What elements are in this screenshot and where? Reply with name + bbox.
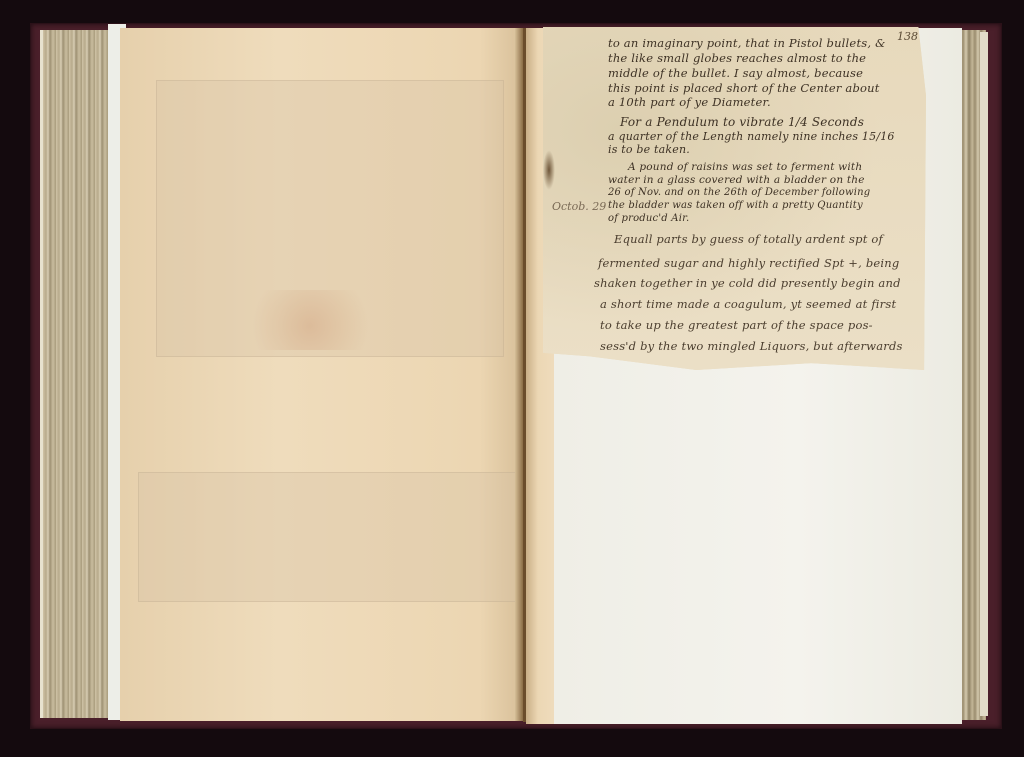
ms-line: A pound of raisins was set to ferment wi… (628, 162, 862, 173)
show-through-plate-lower (138, 472, 516, 602)
margin-date: Octob. 29 (552, 200, 606, 213)
ms-line: to an imaginary point, that in Pistol bu… (608, 38, 886, 50)
ms-line: 26 of Nov. and on the 26th of December f… (608, 188, 870, 198)
ms-line: this point is placed short of the Center… (608, 83, 880, 95)
spacer (600, 358, 930, 359)
foxing-stain (250, 290, 400, 350)
ms-line: fermented sugar and highly rectified Spt… (598, 258, 899, 270)
ms-line: a short time made a coagulum, yt seemed … (600, 299, 896, 311)
ms-line: shaken together in ye cold did presently… (594, 278, 901, 290)
ms-line: of produc'd Air. (608, 214, 689, 224)
right-page-block-edge-highlight (980, 32, 988, 716)
manuscript-text-continued (608, 341, 928, 401)
ms-line: the bladder was taken off with a pretty … (608, 201, 863, 211)
ms-line: middle of the bullet. I say almost, beca… (608, 68, 863, 80)
ms-line: a 10th part of ye Diameter. (608, 97, 771, 109)
ink-stain (543, 150, 555, 190)
ms-line: to take up the greatest part of the spac… (600, 320, 873, 332)
ms-line: is to be taken. (608, 144, 690, 155)
ms-line: Equall parts by guess of totally ardent … (614, 234, 883, 246)
ms-line: the like small globes reaches almost to … (608, 53, 866, 65)
ms-line: water in a glass covered with a bladder … (608, 175, 865, 186)
ms-line: a quarter of the Length namely nine inch… (608, 131, 895, 142)
gutter-shadow-left (515, 28, 523, 721)
left-page-block-edges (40, 30, 113, 718)
ms-line: For a Pendulum to vibrate 1/4 Seconds (620, 116, 864, 128)
manuscript-text: to an imaginary point, that in Pistol bu… (608, 38, 928, 368)
